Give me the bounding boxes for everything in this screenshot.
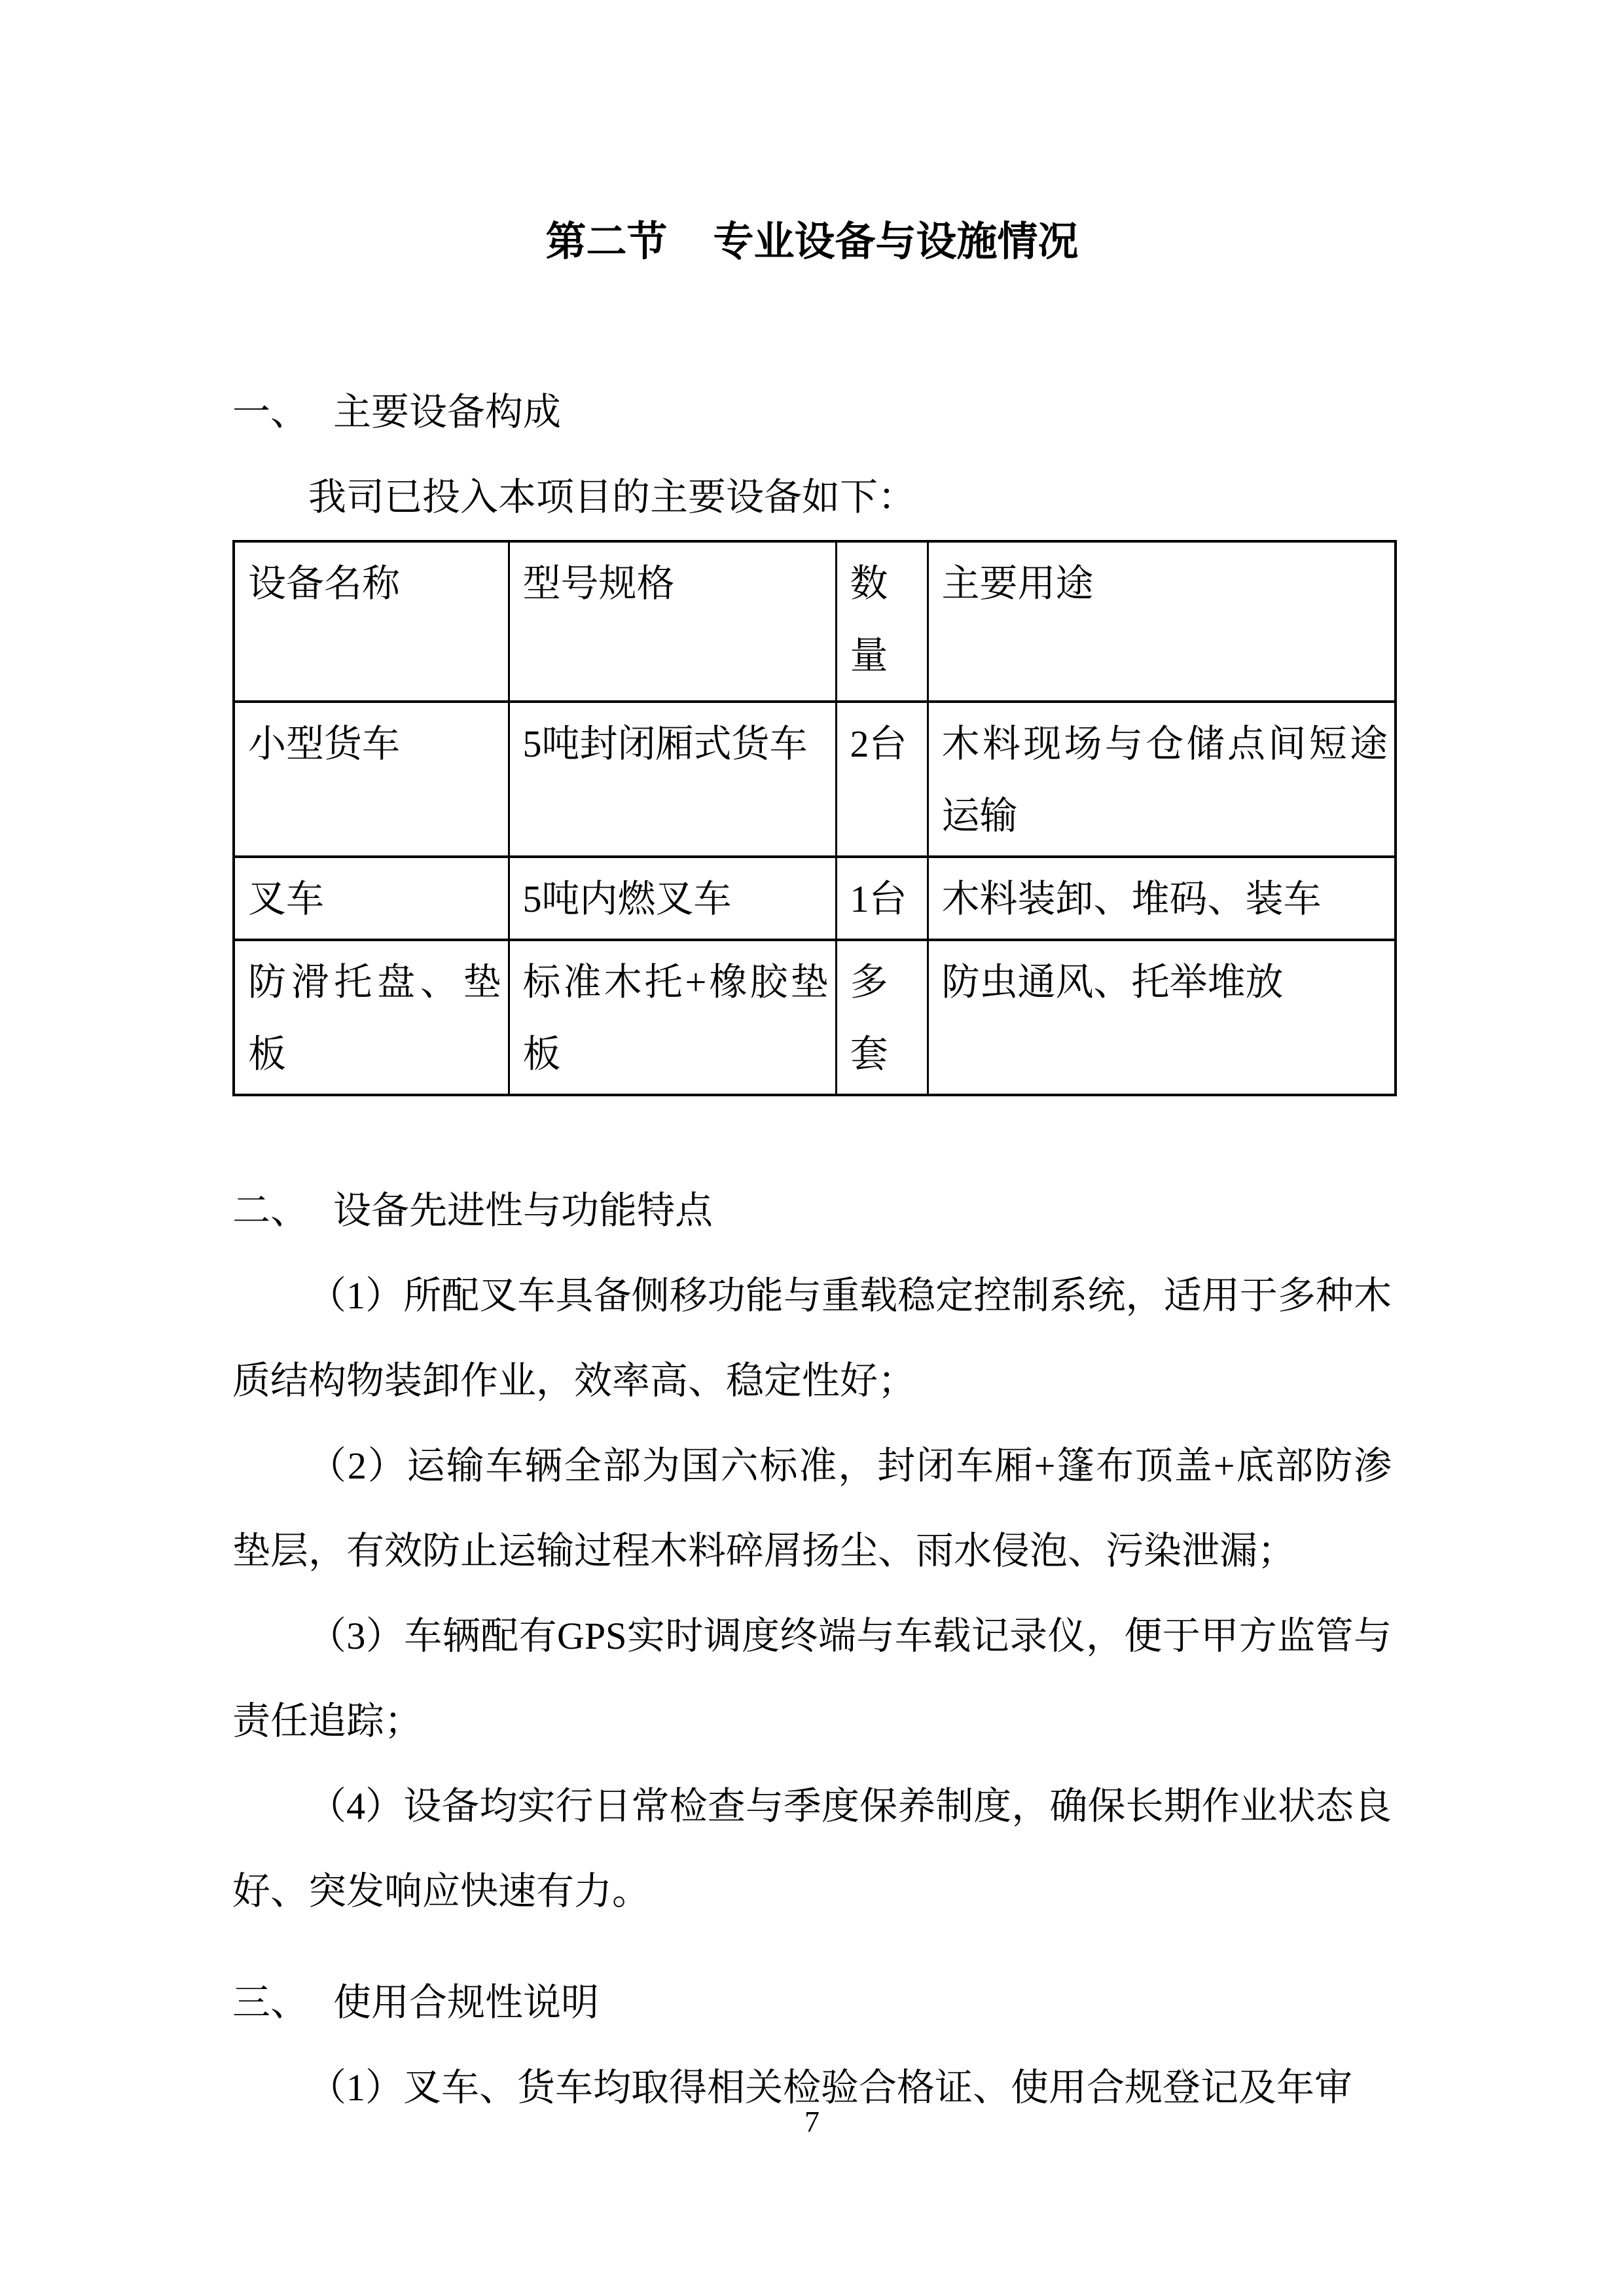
section-1-number: 一、 (232, 370, 308, 455)
table-cell-model: 5吨封闭厢式货车 (509, 702, 836, 857)
document-page: 第二节专业设备与设施情况 一、主要设备构成 我司已投入本项目的主要设备如下： 设… (0, 0, 1624, 2296)
table-cell-device: 小型货车 (234, 702, 509, 857)
section-2-title: 设备先进性与功能特点 (333, 1189, 713, 1232)
section-heading-1: 一、主要设备构成 (232, 370, 1392, 455)
table-cell-usage: 木料现场与仓储点间短途运输 (928, 702, 1396, 857)
paragraph-maintenance: （4）设备均实行日常检查与季度保养制度，确保长期作业状态良好、突发响应快速有力。 (232, 1764, 1392, 1934)
table-row: 防滑托盘、垫板 标准木托+橡胶垫板 多套 防虫通风、托举堆放 (234, 940, 1396, 1095)
paragraph-forklift-features: （1）所配叉车具备侧移功能与重载稳定控制系统，适用于多种木质结构物装卸作业，效率… (232, 1253, 1392, 1424)
table-row: 叉车 5吨内燃叉车 1台 木料装卸、堆码、装车 (234, 857, 1396, 940)
table-header-cell-quantity: 数量 (836, 541, 928, 702)
table-cell-quantity: 1台 (836, 857, 928, 940)
table-cell-device: 防滑托盘、垫板 (234, 940, 509, 1095)
page-number-footer: 7 (0, 2102, 1624, 2142)
table-cell-model: 5吨内燃叉车 (509, 857, 836, 940)
table-cell-usage: 防虫通风、托举堆放 (928, 940, 1396, 1095)
section-1-title: 主要设备构成 (333, 391, 561, 433)
table-cell-quantity: 2台 (836, 702, 928, 857)
document-title: 第二节专业设备与设施情况 (232, 213, 1392, 272)
document-title-part1: 第二节 (545, 220, 667, 264)
section-heading-3: 三、使用合规性说明 (232, 1960, 1392, 2045)
section-heading-2: 二、设备先进性与功能特点 (232, 1168, 1392, 1253)
equipment-table: 设备名称 型号规格 数量 主要用途 小型货车 5吨封闭厢式货车 2台 木料现场与… (232, 540, 1397, 1096)
table-header-cell-device: 设备名称 (234, 541, 509, 702)
table-cell-quantity: 多套 (836, 940, 928, 1095)
section-2-number: 二、 (232, 1168, 308, 1253)
table-cell-usage: 木料装卸、堆码、装车 (928, 857, 1396, 940)
table-header-cell-usage: 主要用途 (928, 541, 1396, 702)
document-title-part2: 专业设备与设施情况 (713, 220, 1079, 264)
table-cell-model: 标准木托+橡胶垫板 (509, 940, 836, 1095)
paragraph-gps-monitoring: （3）车辆配有GPS实时调度终端与车载记录仪，便于甲方监管与责任追踪； (232, 1594, 1392, 1764)
section-3-number: 三、 (232, 1960, 308, 2045)
table-row: 小型货车 5吨封闭厢式货车 2台 木料现场与仓储点间短途运输 (234, 702, 1396, 857)
table-header-row: 设备名称 型号规格 数量 主要用途 (234, 541, 1396, 702)
table-header-cell-model: 型号规格 (509, 541, 836, 702)
intro-paragraph: 我司已投入本项目的主要设备如下： (232, 455, 1392, 540)
table-cell-device: 叉车 (234, 857, 509, 940)
paragraph-truck-standard: （2）运输车辆全部为国六标准，封闭车厢+篷布顶盖+底部防渗垫层，有效防止运输过程… (232, 1424, 1392, 1594)
section-3-title: 使用合规性说明 (333, 1981, 599, 2024)
